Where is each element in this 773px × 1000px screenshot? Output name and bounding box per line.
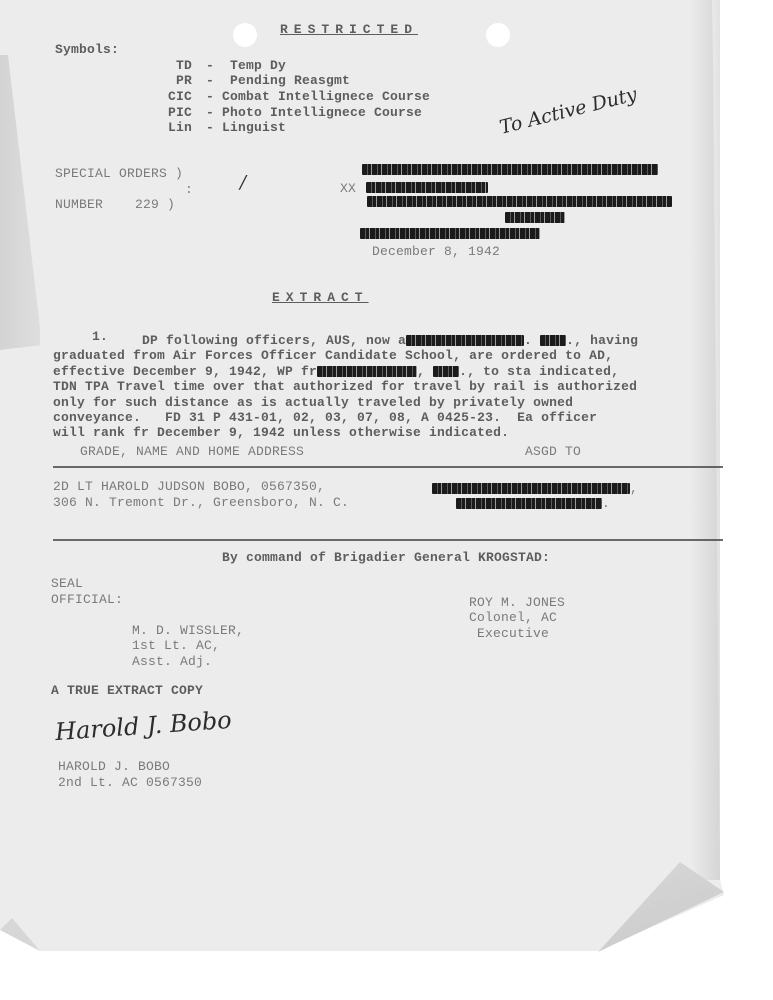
column-header-grade-name-address: GRADE, NAME AND HOME ADDRESS [80,444,304,459]
assigned-station-line2: . [456,496,610,511]
commander-title: Executive [477,626,549,641]
paragraph-line: graduated from Air Forces Officer Candid… [53,348,613,363]
adjutant-title: Asst. Adj. [132,654,212,669]
issuer-prefix: XX [340,181,356,196]
redaction-bar [433,366,459,377]
redaction-bar [406,335,524,346]
redaction-bar [366,182,488,193]
redaction-bar [317,366,417,377]
page-shadow-right [690,0,720,880]
symbol-code: CIC [147,89,192,104]
redaction-bar [456,498,602,509]
column-header-assigned-to: ASGD TO [525,444,581,459]
classification-heading: RESTRICTED [280,22,418,37]
certifier-rank: 2nd Lt. AC 0567350 [58,775,202,790]
paragraph-line: effective December 9, 1942, WP fr, ., to… [53,364,619,379]
divider-line [53,466,723,468]
officer-address: 306 N. Tremont Dr., Greensboro, N. C. [53,495,349,510]
symbol-meaning: - Pending Reasgmt [206,73,350,88]
punch-hole-right [486,23,510,47]
symbol-code: PR [147,73,192,88]
symbols-label: Symbols: [55,42,119,57]
command-line: By command of Brigadier General KROGSTAD… [222,550,550,565]
symbol-meaning: - Combat Intellignece Course [206,89,430,104]
redaction-bar [432,483,630,494]
seal-label: SEAL [51,576,83,591]
redaction-bar [360,228,540,239]
symbol-meaning: - Linguist [206,120,286,135]
bracket-colon: : [185,182,193,197]
special-orders-label: SPECIAL ORDERS ) [55,166,183,181]
official-label: OFFICIAL: [51,592,123,607]
paragraph-line: DP following officers, AUS, now a. ., ha… [142,333,638,348]
symbol-meaning: - Temp Dy [206,58,286,73]
order-date: December 8, 1942 [372,244,500,259]
commander-name: ROY M. JONES [469,595,565,610]
symbol-code: PIC [147,105,192,120]
order-number: NUMBER 229 ) [55,197,175,212]
punch-hole-left [233,23,257,47]
paragraph-line: TDN TPA Travel time over that authorized… [53,379,637,394]
redaction-bar [540,335,566,346]
symbol-code: Lin [147,120,192,135]
paragraph-number: 1. [92,329,108,344]
assigned-station-line1: , [432,481,638,496]
handwritten-mark: / [240,172,246,193]
adjutant-rank: 1st Lt. AC, [132,638,220,653]
certifier-name: HAROLD J. BOBO [58,759,170,774]
paragraph-line: will rank fr December 9, 1942 unless oth… [53,425,509,440]
redaction-bar [505,212,565,223]
symbol-code: TD [147,58,192,73]
officer-name: 2D LT HAROLD JUDSON BOBO, 0567350, [53,479,325,494]
redaction-bar [367,196,672,207]
extract-title: EXTRACT [272,290,369,305]
divider-line [53,539,723,541]
redaction-bar [362,164,658,175]
symbol-meaning: - Photo Intellignece Course [206,105,422,120]
paragraph-line: only for such distance as is actually tr… [53,395,573,410]
adjutant-name: M. D. WISSLER, [132,623,244,638]
commander-rank: Colonel, AC [469,610,557,625]
paragraph-line: conveyance. FD 31 P 431-01, 02, 03, 07, … [53,410,597,425]
true-copy-label: A TRUE EXTRACT COPY [51,683,203,698]
